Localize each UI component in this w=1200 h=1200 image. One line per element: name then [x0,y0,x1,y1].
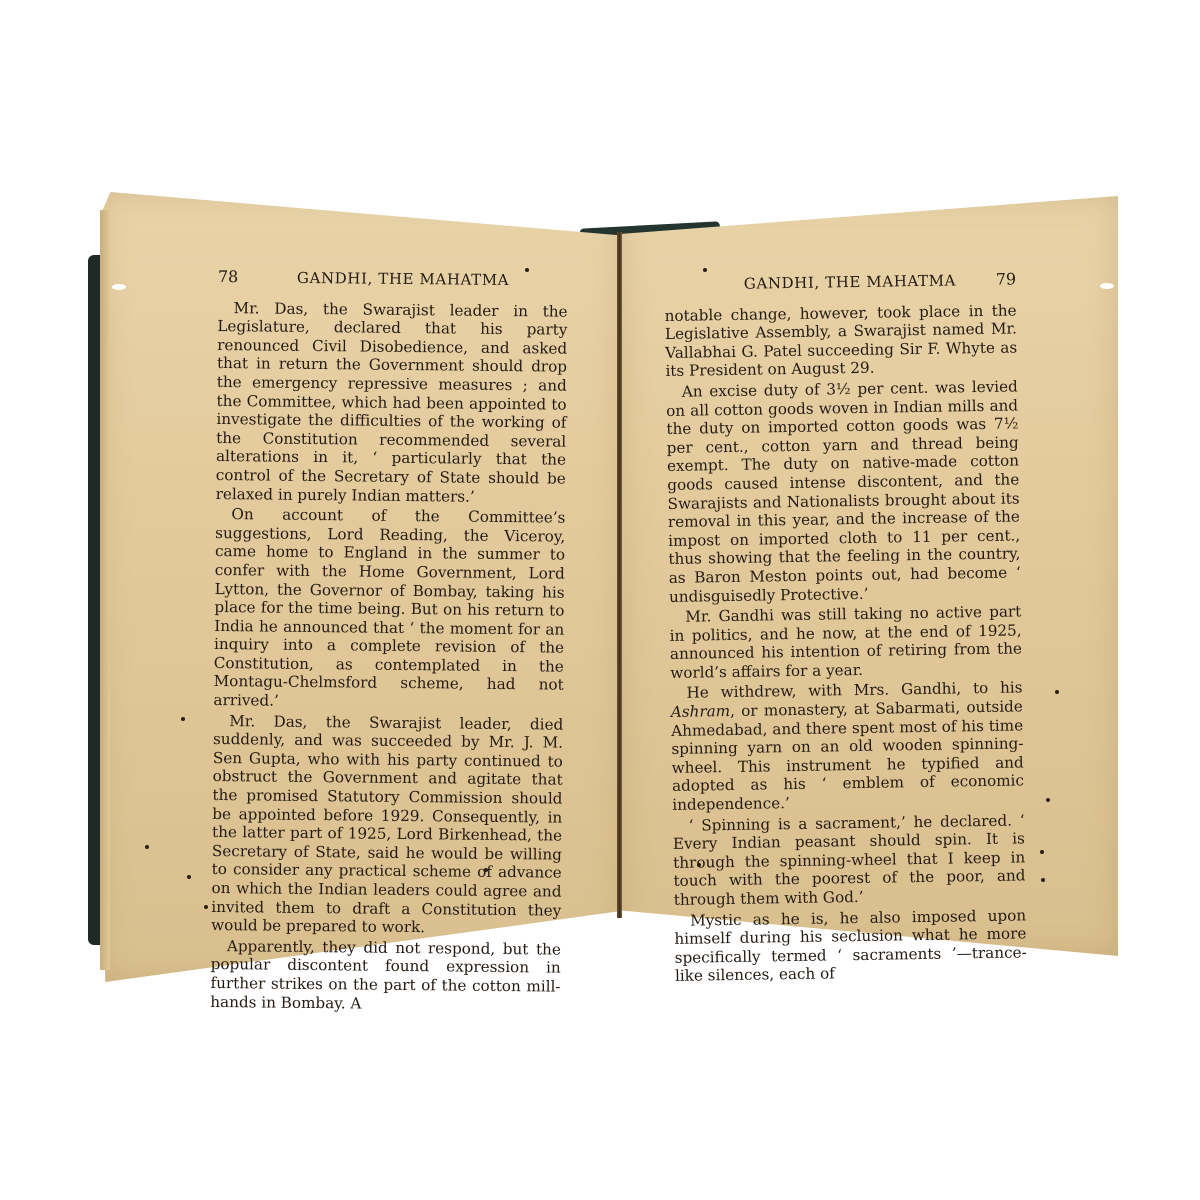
page-number: 79 [996,270,1017,289]
page-notch [1100,283,1114,289]
paper-speck [145,845,149,849]
paper-speck [703,268,707,272]
paragraph: An excise duty of 3½ per cent. was levie… [666,377,1021,606]
paragraph: ‘ Spinning is a sacrament,’ he declared.… [672,811,1025,909]
left-page-header: 78 GANDHI, THE MAHATMA [218,268,568,290]
paper-speck [204,905,208,909]
paper-speck [1055,690,1059,694]
running-head: GANDHI, THE MAHATMA [238,268,568,290]
running-head: GANDHI, THE MAHATMA [664,271,996,295]
page-notch [112,284,126,290]
right-page-text: GANDHI, THE MAHATMA 79 notable change, h… [664,270,1027,987]
paragraph: Mr. Das, the Swarajist leader, died sudd… [211,712,563,939]
open-book-photo: 78 GANDHI, THE MAHATMA Mr. Das, the Swar… [0,0,1200,1200]
left-page-text: 78 GANDHI, THE MAHATMA Mr. Das, the Swar… [210,268,568,1017]
paper-speck [1041,878,1045,882]
paragraph: Mr. Das, the Swarajist leader in the Leg… [216,299,568,507]
italic-word: Ashram [671,702,731,721]
paper-speck [1046,798,1050,802]
paper-speck [181,717,185,721]
paragraph: Mystic as he is, he also imposed upon hi… [674,906,1027,986]
paragraph: notable change, however, took place in t… [664,301,1017,381]
paper-speck [187,875,191,879]
page-number: 78 [218,268,239,287]
paragraph: Mr. Gandhi was still taking no active pa… [669,603,1022,683]
paper-speck [1040,850,1044,854]
paragraph: Apparently, they did not respond, but th… [210,937,561,1015]
page-stack-edge [100,210,110,970]
paragraph: On account of the Committee’s suggestion… [213,505,565,713]
book-gutter [617,232,622,918]
paragraph-ashram: He withdrew, with Mrs. Gandhi, to his As… [670,679,1024,815]
